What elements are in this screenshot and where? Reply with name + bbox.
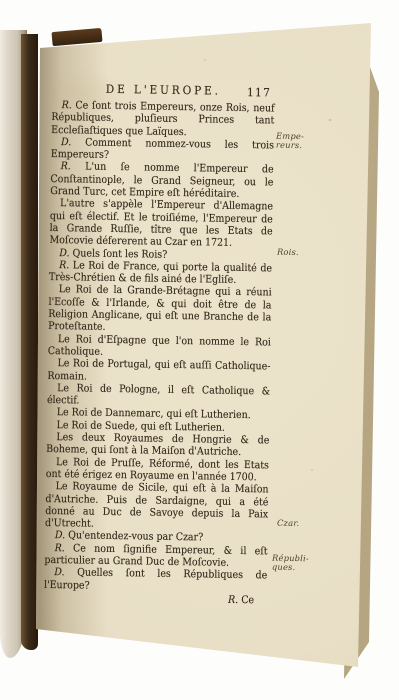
margin-note: Czar.	[277, 519, 317, 529]
speaker-letter: D.	[54, 566, 64, 578]
catchword-lead: R.	[228, 594, 238, 606]
paragraph: Le Roi de Portugal, qui eſt auſſi Cathol…	[47, 357, 270, 385]
margin-note: Républi-ques.	[272, 554, 312, 573]
catchword-text: Ce	[241, 594, 254, 606]
speaker-letter: R.	[62, 99, 72, 111]
headband	[51, 28, 102, 46]
running-header: DE L'EUROPE. 117	[52, 81, 275, 101]
paragraph: D. Quelles ſont les Républiques de l'Eur…	[44, 566, 267, 594]
catchword: R. Ce	[44, 591, 267, 607]
paragraph: Le Roi de la Grande-Brétagne qui a réuni…	[48, 283, 272, 336]
speaker-letter: R.	[55, 542, 65, 554]
printed-text-block: DE L'EUROPE. 117 R. Ce ſont trois Empere…	[44, 81, 275, 607]
speaker-letter: R.	[61, 161, 71, 173]
book-page: DE L'EUROPE. 117 R. Ce ſont trois Empere…	[0, 0, 399, 700]
page-text: R. Ce ſont trois Empereurs, onze Rois, n…	[44, 99, 275, 594]
paragraph: R. Ce ſont trois Empereurs, onze Rois, n…	[51, 99, 275, 139]
paragraph: D. Comment nommez-vous les trois Empereu…	[51, 136, 274, 164]
margin-note: Empe-reurs.	[276, 132, 316, 151]
page-number: 117	[247, 85, 271, 99]
page-content: DE L'EUROPE. 117 R. Ce ſont trois Empere…	[44, 81, 298, 607]
paragraph: R. L'un ſe nomme l'Empereur de Conſtanti…	[50, 160, 274, 200]
running-title: DE L'EUROPE.	[52, 81, 275, 99]
paragraph: Le Roi de Pruſſe, Réformé, dont les Etat…	[46, 456, 269, 484]
speaker-letter: D.	[55, 529, 65, 541]
speaker-letter: R.	[59, 259, 69, 271]
paragraph: Le Royaume de Sicile, qui eſt à la Maiſo…	[45, 480, 269, 533]
paragraph: Le Roi d'Eſpagne que l'on nomme le Roi C…	[48, 333, 271, 361]
speaker-letter: D.	[61, 136, 71, 148]
spine-gutter	[21, 34, 38, 650]
paragraph: Les deux Royaumes de Hongrie & de Boheme…	[46, 431, 269, 459]
paragraph: L'autre s'appèle l'Empereur d'Allemagne …	[49, 197, 273, 250]
book-photograph: DE L'EUROPE. 117 R. Ce ſont trois Empere…	[0, 0, 399, 700]
speaker-letter: D.	[59, 247, 69, 259]
paragraph: Le Roi de Pologne, il eſt Catholique & é…	[47, 382, 270, 410]
margin-note: Rois.	[277, 248, 317, 258]
